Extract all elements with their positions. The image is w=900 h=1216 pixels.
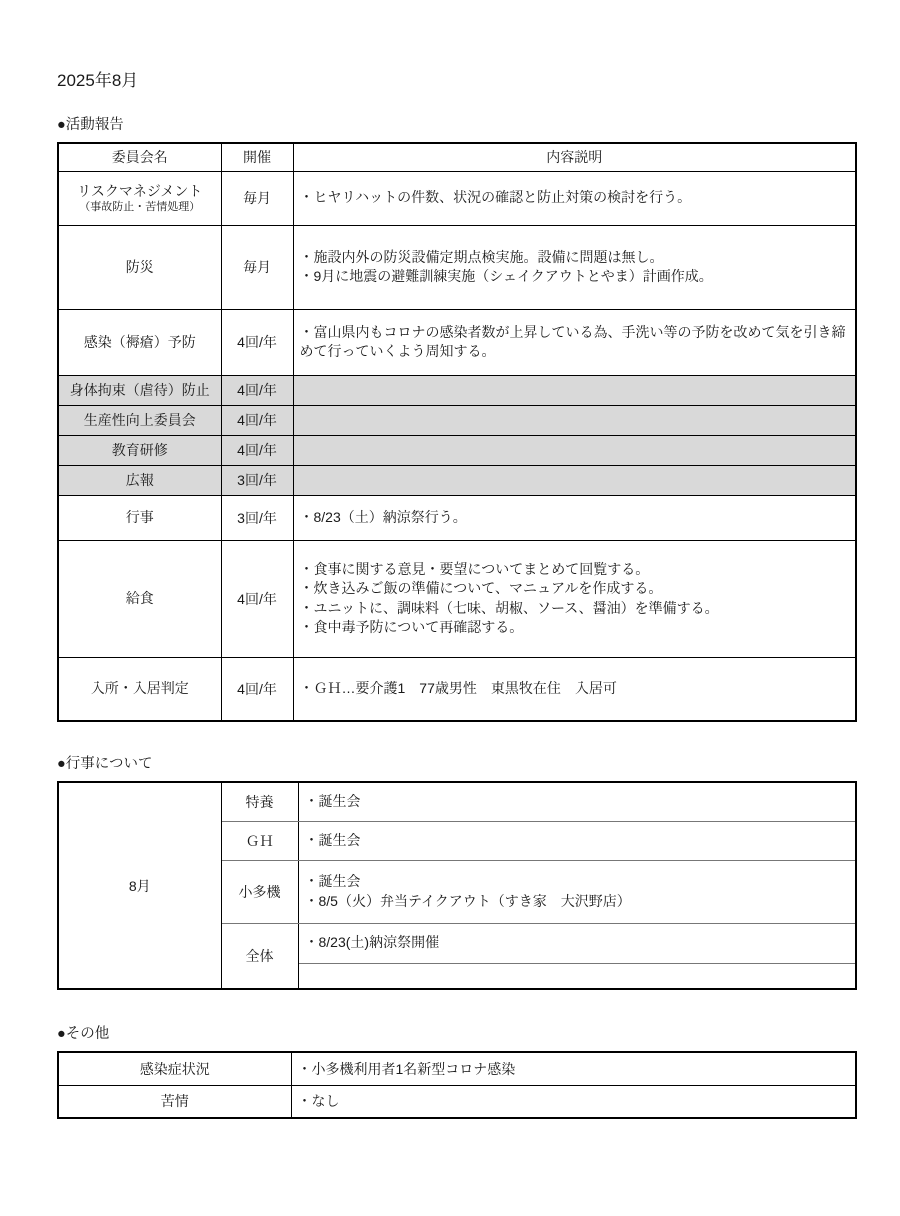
doc-date-title: 2025年8月 — [57, 70, 855, 92]
event-items-cell: ・誕生会 — [298, 821, 856, 860]
unit-cell: ＧＨ — [221, 821, 298, 860]
section-heading-others: ●その他 — [57, 1025, 855, 1043]
committee-name: リスクマネジメント — [65, 183, 215, 200]
committee-name-cell: リスクマネジメント（事故防止・苦情処理） — [58, 171, 221, 225]
event-item-line: ・誕生会 — [305, 831, 850, 851]
description-cell: ・施設内外の防災設備定期点検実施。設備に問題は無し。・9月に地震の避難訓練実施（… — [293, 225, 856, 309]
description-cell: ・8/23（土）納涼祭行う。 — [293, 495, 856, 540]
committee-name-cell: 身体拘束（虐待）防止 — [58, 375, 221, 405]
description-line: ・9月に地震の避難訓練実施（シェイクアウトとやま）計画作成。 — [300, 267, 850, 287]
committee-name-cell: 入所・入居判定 — [58, 657, 221, 721]
description-cell: ・ヒヤリハットの件数、状況の確認と防止対策の検討を行う。 — [293, 171, 856, 225]
activity-row: リスクマネジメント（事故防止・苦情処理）毎月・ヒヤリハットの件数、状況の確認と防… — [58, 171, 856, 225]
description-cell: ・食事に関する意見・要望についてまとめて回覧する。・炊き込みご飯の準備について、… — [293, 540, 856, 657]
committee-name: 防災 — [65, 259, 215, 276]
committee-name: 給食 — [65, 590, 215, 607]
committee-name: 教育研修 — [65, 442, 215, 459]
committee-name-cell: 給食 — [58, 540, 221, 657]
description-line: ・ユニットに、調味料（七味、胡椒、ソース、醤油）を準備する。 — [300, 599, 850, 619]
committee-name-cell: 広報 — [58, 465, 221, 495]
others-value-cell: ・なし — [291, 1085, 856, 1118]
committee-name-cell: 感染（褥瘡）予防 — [58, 309, 221, 375]
description-line: ・食中毒予防について再確認する。 — [300, 618, 850, 638]
frequency-cell: 毎月 — [221, 171, 293, 225]
activity-row: 給食4回/年・食事に関する意見・要望についてまとめて回覧する。・炊き込みご飯の準… — [58, 540, 856, 657]
others-label-cell: 感染症状況 — [58, 1052, 291, 1085]
others-table: 感染症状況・小多機利用者1名新型コロナ感染苦情・なし — [57, 1051, 857, 1119]
committee-name: 行事 — [65, 509, 215, 526]
frequency-cell: 3回/年 — [221, 495, 293, 540]
description-line: ・8/23（土）納涼祭行う。 — [300, 508, 850, 528]
events-table: 8月特養・誕生会ＧＨ・誕生会小多機・誕生会・8/5（火）弁当テイクアウト（すき家… — [57, 781, 857, 990]
frequency-cell: 4回/年 — [221, 405, 293, 435]
activity-row: 広報3回/年 — [58, 465, 856, 495]
description-cell — [293, 405, 856, 435]
unit-cell: 特養 — [221, 782, 298, 821]
description-line: ・ＧＨ…要介護1 77歳男性 東黒牧在住 入居可 — [300, 679, 850, 699]
frequency-cell: 毎月 — [221, 225, 293, 309]
events-row: 8月特養・誕生会 — [58, 782, 856, 821]
frequency-cell: 4回/年 — [221, 309, 293, 375]
activity-row: 身体拘束（虐待）防止4回/年 — [58, 375, 856, 405]
event-item-line: ・8/5（火）弁当テイクアウト（すき家 大沢野店） — [305, 892, 850, 912]
event-item-line: ・8/23(土)納涼祭開催 — [305, 933, 850, 953]
section-heading-events: ●行事について — [57, 755, 855, 773]
committee-name: 入所・入居判定 — [65, 680, 215, 697]
frequency-cell: 3回/年 — [221, 465, 293, 495]
frequency-cell: 4回/年 — [221, 435, 293, 465]
description-cell — [293, 375, 856, 405]
others-label-cell: 苦情 — [58, 1085, 291, 1118]
col-header-committee: 委員会名 — [58, 143, 221, 171]
committee-name-cell: 行事 — [58, 495, 221, 540]
unit-cell: 全体 — [221, 923, 298, 989]
description-cell: ・ＧＨ…要介護1 77歳男性 東黒牧在住 入居可 — [293, 657, 856, 721]
description-line: ・ヒヤリハットの件数、状況の確認と防止対策の検討を行う。 — [300, 188, 850, 208]
others-row: 感染症状況・小多機利用者1名新型コロナ感染 — [58, 1052, 856, 1085]
description-cell — [293, 465, 856, 495]
event-items-cell: ・8/23(土)納涼祭開催 — [298, 923, 856, 963]
description-cell: ・富山県内もコロナの感染者数が上昇している為、手洗い等の予防を改めて気を引き締め… — [293, 309, 856, 375]
frequency-cell: 4回/年 — [221, 375, 293, 405]
col-header-description: 内容説明 — [293, 143, 856, 171]
activity-row: 生産性向上委員会4回/年 — [58, 405, 856, 435]
committee-name-cell: 教育研修 — [58, 435, 221, 465]
others-value-cell: ・小多機利用者1名新型コロナ感染 — [291, 1052, 856, 1085]
month-cell: 8月 — [58, 782, 221, 989]
activity-row: 行事3回/年・8/23（土）納涼祭行う。 — [58, 495, 856, 540]
activity-row: 感染（褥瘡）予防4回/年・富山県内もコロナの感染者数が上昇している為、手洗い等の… — [58, 309, 856, 375]
activity-report-table: 委員会名 開催 内容説明 リスクマネジメント（事故防止・苦情処理）毎月・ヒヤリハ… — [57, 142, 857, 722]
activity-row: 教育研修4回/年 — [58, 435, 856, 465]
description-line: ・炊き込みご飯の準備について、マニュアルを作成する。 — [300, 579, 850, 599]
committee-name-cell: 生産性向上委員会 — [58, 405, 221, 435]
frequency-cell: 4回/年 — [221, 540, 293, 657]
activity-header-row: 委員会名 開催 内容説明 — [58, 143, 856, 171]
activity-row: 入所・入居判定4回/年・ＧＨ…要介護1 77歳男性 東黒牧在住 入居可 — [58, 657, 856, 721]
committee-name: 生産性向上委員会 — [65, 412, 215, 429]
committee-name: 感染（褥瘡）予防 — [65, 334, 215, 351]
description-cell — [293, 435, 856, 465]
committee-name: 広報 — [65, 472, 215, 489]
committee-name-sub: （事故防止・苦情処理） — [65, 201, 215, 214]
event-item-line: ・誕生会 — [305, 792, 850, 812]
committee-name: 身体拘束（虐待）防止 — [65, 382, 215, 399]
col-header-frequency: 開催 — [221, 143, 293, 171]
committee-name-cell: 防災 — [58, 225, 221, 309]
event-items-cell: ・誕生会 — [298, 782, 856, 821]
description-line: ・施設内外の防災設備定期点検実施。設備に問題は無し。 — [300, 248, 850, 268]
unit-cell: 小多機 — [221, 860, 298, 923]
description-line: ・富山県内もコロナの感染者数が上昇している為、手洗い等の予防を改めて気を引き締め… — [300, 323, 850, 362]
event-items-empty-cell — [298, 963, 856, 989]
frequency-cell: 4回/年 — [221, 657, 293, 721]
section-heading-activity: ●活動報告 — [57, 116, 855, 134]
others-row: 苦情・なし — [58, 1085, 856, 1118]
activity-row: 防災毎月・施設内外の防災設備定期点検実施。設備に問題は無し。・9月に地震の避難訓… — [58, 225, 856, 309]
document-page: 2025年8月 ●活動報告 委員会名 開催 内容説明 リスクマネジメント（事故防… — [0, 0, 900, 1216]
event-items-cell: ・誕生会・8/5（火）弁当テイクアウト（すき家 大沢野店） — [298, 860, 856, 923]
event-item-line: ・誕生会 — [305, 872, 850, 892]
description-line: ・食事に関する意見・要望についてまとめて回覧する。 — [300, 560, 850, 580]
